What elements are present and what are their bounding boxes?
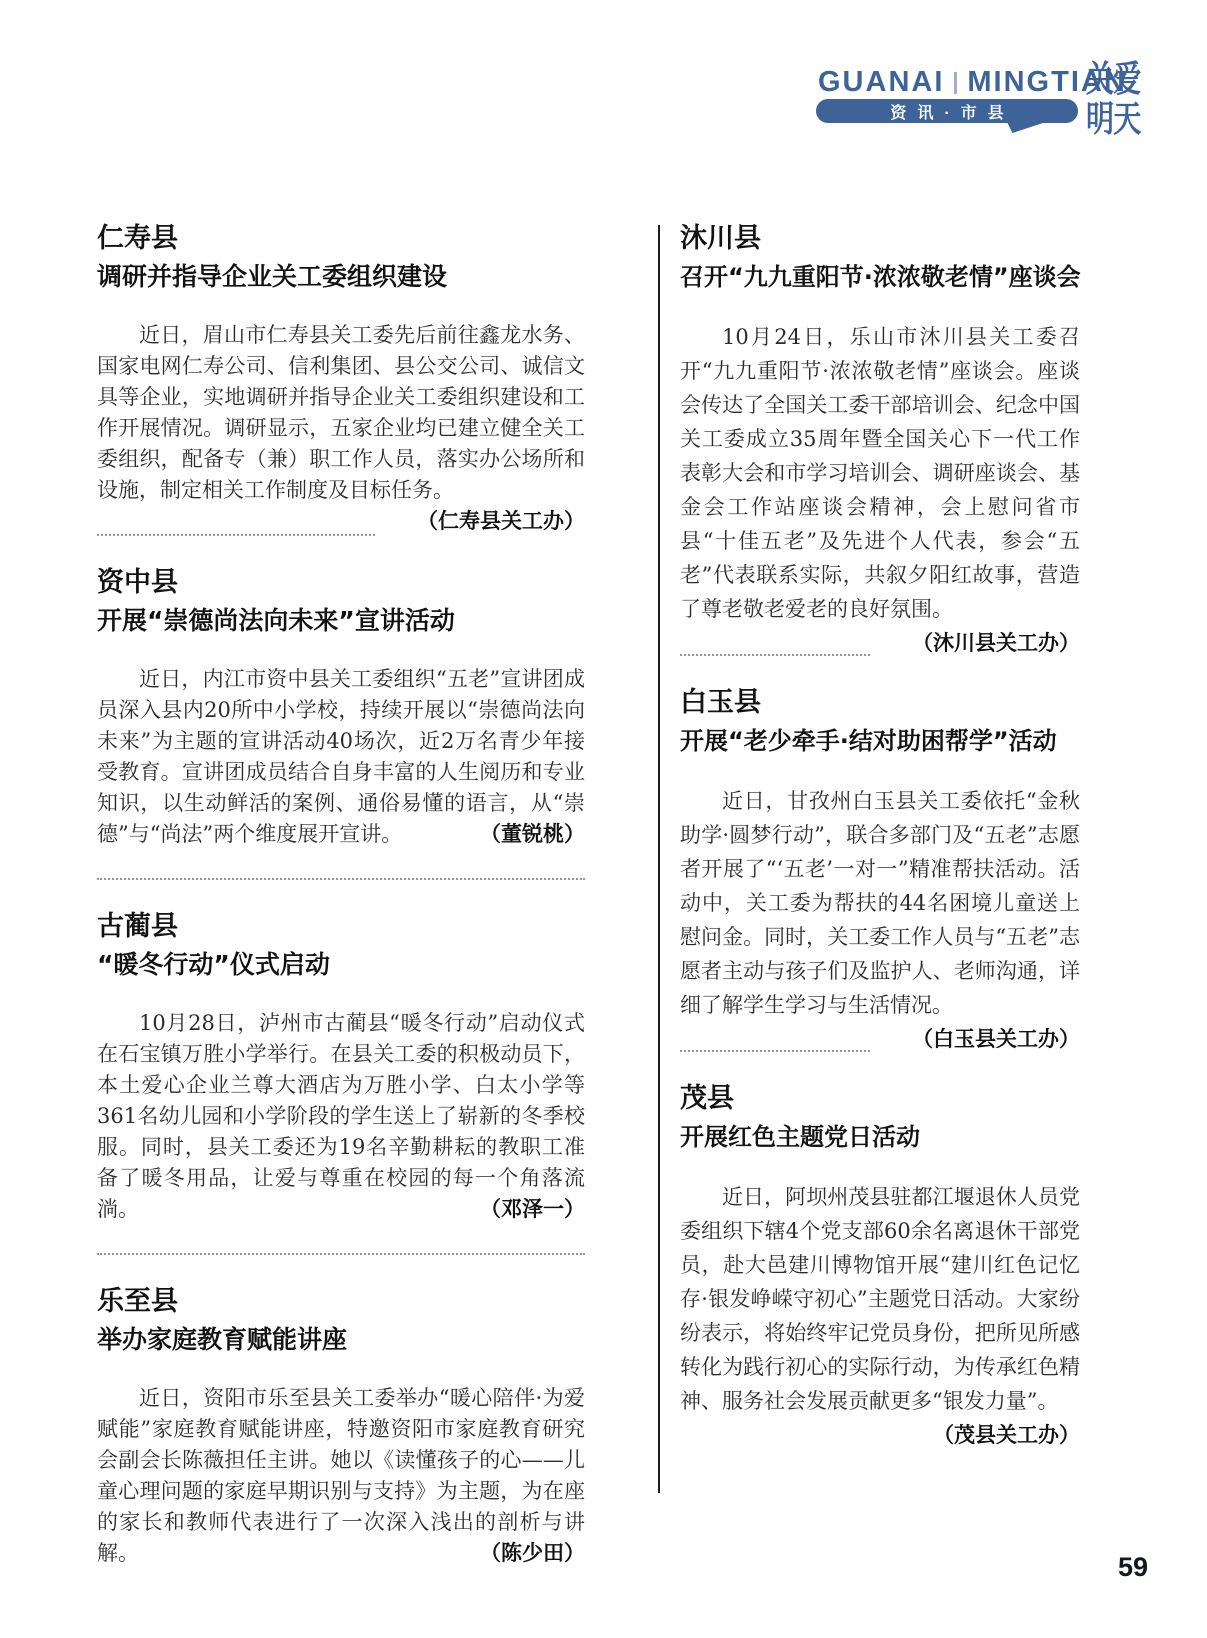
article-body: 近日，资阳市乐至县关工委举办“暖心陪伴·为爱赋能”家庭教育赋能讲座，特邀资阳市家… [97,1383,585,1569]
article-body: 近日，眉山市仁寿县关工委先后前往鑫龙水务、国家电网仁寿公司、信利集团、县公交公司… [97,320,585,506]
byline: （白玉县关工办） [870,1022,1080,1056]
byline: （陈少田） [438,1538,585,1569]
guanai-mingtian-logo: 关爱 明天 [1086,60,1141,140]
article-body: 近日，阿坝州茂县驻都江堰退休人员党委组织下辖4个党支部60余名离退休干部党员，赴… [680,1180,1080,1418]
article-text: 近日，甘孜州白玉县关工委依托“金秋助学·圆梦行动”，联合多部门及“五老”志愿者开… [680,789,1080,1017]
article-text: 10月24日，乐山市沐川县关工委召开“九九重阳节·浓浓敬老情”座谈会。座谈会传达… [680,325,1080,621]
county-name: 沐川县 [680,222,1080,256]
page-number: 59 [1118,1552,1148,1583]
county-name: 茂县 [680,1082,1080,1116]
column-left: 仁寿县 调研并指导企业关工委组织建设 近日，眉山市仁寿县关工委先后前往鑫龙水务、… [97,222,585,1569]
brand-wordmark: GUANAI MINGTIAN [818,66,1127,99]
article-title: 调研并指导企业关工委组织建设 [97,261,585,293]
article-title: 开展红色主题党日活动 [680,1121,1080,1153]
section-banner: 资讯·市县 [816,99,1078,123]
article-body: 近日，内江市资中县关工委组织“五老”宣讲团成员深入县内20所中小学校，持续开展以… [97,664,585,850]
article-text: 10月28日，泸州市古蔺县“暖冬行动”启动仪式在石宝镇万胜小学举行。在县关工委的… [97,1011,585,1221]
article-muchuan: 沐川县 召开“九九重阳节·浓浓敬老情”座谈会 10月24日，乐山市沐川县关工委召… [680,222,1080,626]
brand-guanai: GUANAI [818,66,944,99]
article-title: 召开“九九重阳节·浓浓敬老情”座谈会 [680,261,1080,293]
column-right: 沐川县 召开“九九重阳节·浓浓敬老情”座谈会 10月24日，乐山市沐川县关工委召… [680,222,1080,1452]
article-separator [97,878,585,880]
article-separator [680,1050,870,1052]
article-separator [680,654,870,656]
brand-divider-bar [954,72,957,94]
county-name: 仁寿县 [97,222,585,256]
article-separator [97,534,375,536]
byline: （董锐桃） [438,819,585,850]
article-maoxian: 茂县 开展红色主题党日活动 近日，阿坝州茂县驻都江堰退休人员党委组织下辖4个党支… [680,1082,1080,1418]
speech-bubble-tail-icon [1006,120,1052,133]
article-lezhi: 乐至县 举办家庭教育赋能讲座 近日，资阳市乐至县关工委举办“暖心陪伴·为爱赋能”… [97,1285,585,1569]
article-body: 10月28日，泸州市古蔺县“暖冬行动”启动仪式在石宝镇万胜小学举行。在县关工委的… [97,1008,585,1225]
byline: （邓泽一） [438,1194,585,1225]
byline: （沐川县关工办） [870,626,1080,660]
county-name: 白玉县 [680,686,1080,720]
article-body: 10月24日，乐山市沐川县关工委召开“九九重阳节·浓浓敬老情”座谈会。座谈会传达… [680,320,1080,626]
article-baiyu: 白玉县 开展“老少牵手·结对助困帮学”活动 近日，甘孜州白玉县关工委依托“金秋助… [680,686,1080,1022]
article-title: “暖冬行动”仪式启动 [97,949,585,981]
article-title: 开展“崇德尚法向未来”宣讲活动 [97,605,585,637]
article-zizhong: 资中县 开展“崇德尚法向未来”宣讲活动 近日，内江市资中县关工委组织“五老”宣讲… [97,566,585,850]
county-name: 乐至县 [97,1285,585,1319]
article-renshou: 仁寿县 调研并指导企业关工委组织建设 近日，眉山市仁寿县关工委先后前往鑫龙水务、… [97,222,585,506]
article-text: 近日，阿坝州茂县驻都江堰退休人员党委组织下辖4个党支部60余名离退休干部党员，赴… [680,1185,1080,1413]
article-title: 举办家庭教育赋能讲座 [97,1324,585,1356]
logo-line-1: 关爱 [1086,60,1141,100]
county-name: 古蔺县 [97,910,585,944]
section-banner-label: 资讯·市县 [879,100,1014,123]
article-gulin: 古蔺县 “暖冬行动”仪式启动 10月28日，泸州市古蔺县“暖冬行动”启动仪式在石… [97,910,585,1225]
magazine-page: GUANAI MINGTIAN 资讯·市县 关爱 明天 仁寿县 调研并指导企业关… [0,0,1207,1638]
column-divider-line [658,225,660,1493]
byline: （茂县关工办） [891,1418,1080,1452]
article-title: 开展“老少牵手·结对助困帮学”活动 [680,725,1080,757]
article-body: 近日，甘孜州白玉县关工委依托“金秋助学·圆梦行动”，联合多部门及“五老”志愿者开… [680,784,1080,1022]
byline: （仁寿县关工办） [375,506,585,537]
article-text: 近日，眉山市仁寿县关工委先后前往鑫龙水务、国家电网仁寿公司、信利集团、县公交公司… [97,323,585,502]
county-name: 资中县 [97,566,585,600]
article-separator [97,1253,585,1255]
logo-line-2: 明天 [1086,100,1141,140]
